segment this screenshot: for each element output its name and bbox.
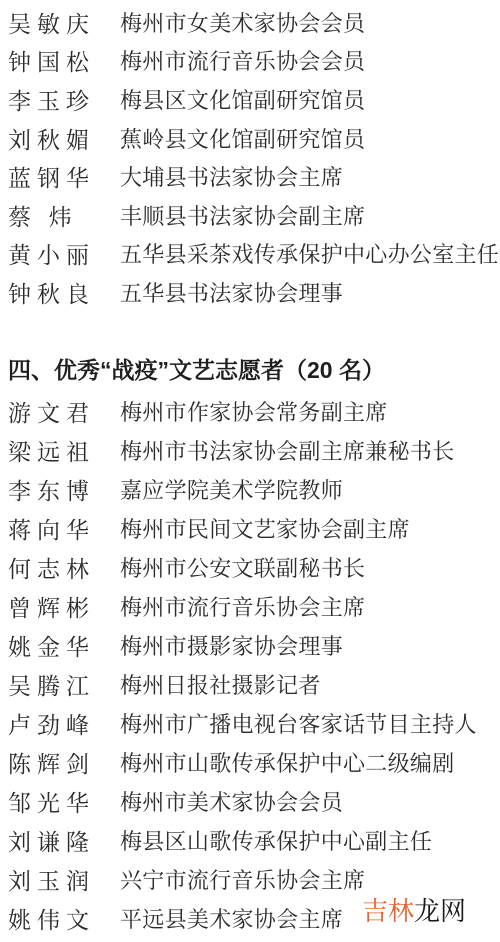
list-item: 蒋向华 梅州市民间文艺家协会副主席: [0, 509, 500, 548]
list-item: 梁远祖 梅州市书法家协会副主席兼秘书长: [0, 431, 500, 470]
person-name: 梁远祖: [8, 434, 120, 467]
list-item: 李玉珍 梅县区文化馆副研究馆员: [0, 80, 500, 119]
person-name: 蓝钢华: [8, 160, 120, 193]
person-name: 游文君: [8, 395, 120, 428]
list-item: 蓝钢华 大埔县书法家协会主席: [0, 157, 500, 196]
person-title: 蕉岭县文化馆副研究馆员: [120, 123, 365, 154]
award-list-volunteers: 游文君 梅州市作家协会常务副主席 梁远祖 梅州市书法家协会副主席兼秘书长 李东博…: [0, 389, 500, 938]
person-name: 李玉珍: [8, 83, 120, 116]
list-item: 邹光华 梅州市美术家协会会员: [0, 782, 500, 821]
person-title: 梅州市公安文联副秘书长: [120, 552, 365, 583]
person-name: 钟秋良: [8, 276, 120, 309]
person-name: 姚伟文: [8, 902, 120, 935]
person-title: 梅州市广播电视台客家话节目主持人: [120, 708, 477, 739]
person-title: 梅州市女美术家协会会员: [120, 7, 365, 38]
person-title: 兴宁市流行音乐协会主席: [120, 864, 365, 895]
list-item: 刘秋媚 蕉岭县文化馆副研究馆员: [0, 119, 500, 158]
person-title: 梅州市书法家协会副主席兼秘书长: [120, 435, 455, 466]
person-name: 钟国松: [8, 44, 120, 77]
person-title: 梅州市美术家协会会员: [120, 786, 343, 817]
person-title: 嘉应学院美术学院教师: [120, 474, 343, 505]
person-title: 梅州市流行音乐协会会员: [120, 45, 365, 76]
person-name: 曾辉彬: [8, 590, 120, 623]
person-title: 梅州市作家协会常务副主席: [120, 396, 388, 427]
person-title: 梅州市流行音乐协会主席: [120, 591, 365, 622]
list-item: 卢劲峰 梅州市广播电视台客家话节目主持人: [0, 704, 500, 743]
person-name: 卢劲峰: [8, 707, 120, 740]
list-item: 吴腾江 梅州日报社摄影记者: [0, 665, 500, 704]
watermark-part1: 吉林: [362, 896, 414, 926]
list-item: 钟国松 梅州市流行音乐协会会员: [0, 42, 500, 81]
person-title: 梅州市民间文艺家协会副主席: [120, 513, 410, 544]
person-title: 梅州市摄影家协会理事: [120, 630, 343, 661]
list-item: 李东博 嘉应学院美术学院教师: [0, 470, 500, 509]
list-item: 吴敏庆 梅州市女美术家协会会员: [0, 3, 500, 42]
watermark: 吉林龙网: [362, 891, 466, 928]
watermark-part2: 龙网: [414, 896, 466, 926]
person-name: 何志林: [8, 551, 120, 584]
person-name: 陈辉剑: [8, 746, 120, 779]
person-title: 梅县区山歌传承保护中心副主任: [120, 825, 432, 856]
person-name: 吴腾江: [8, 668, 120, 701]
document-page: 吴敏庆 梅州市女美术家协会会员 钟国松 梅州市流行音乐协会会员 李玉珍 梅县区文…: [0, 0, 500, 942]
person-title: 丰顺县书法家协会副主席: [120, 200, 365, 231]
person-name: 姚金华: [8, 629, 120, 662]
list-item: 钟秋良 五华县书法家协会理事: [0, 273, 500, 312]
section-heading: 四、优秀“战疫”文艺志愿者（20 名）: [0, 351, 500, 390]
person-name: 刘秋媚: [8, 122, 120, 155]
person-title: 五华县采茶戏传承保护中心办公室主任: [120, 238, 499, 269]
award-list-top: 吴敏庆 梅州市女美术家协会会员 钟国松 梅州市流行音乐协会会员 李玉珍 梅县区文…: [0, 0, 500, 312]
person-name: 蔡 炜: [8, 199, 120, 232]
person-name: 刘玉润: [8, 863, 120, 896]
person-name: 李东博: [8, 473, 120, 506]
person-name: 刘谦隆: [8, 824, 120, 857]
list-item: 刘谦隆 梅县区山歌传承保护中心副主任: [0, 821, 500, 860]
person-title: 五华县书法家协会理事: [120, 277, 343, 308]
person-title: 梅州日报社摄影记者: [120, 669, 321, 700]
person-name: 邹光华: [8, 785, 120, 818]
person-title: 平远县美术家协会主席: [120, 903, 343, 934]
list-item: 何志林 梅州市公安文联副秘书长: [0, 548, 500, 587]
list-item: 游文君 梅州市作家协会常务副主席: [0, 392, 500, 431]
list-item: 姚金华 梅州市摄影家协会理事: [0, 626, 500, 665]
list-item: 陈辉剑 梅州市山歌传承保护中心二级编剧: [0, 743, 500, 782]
person-name: 吴敏庆: [8, 6, 120, 39]
person-title: 大埔县书法家协会主席: [120, 161, 343, 192]
list-item: 曾辉彬 梅州市流行音乐协会主席: [0, 587, 500, 626]
person-name: 蒋向华: [8, 512, 120, 545]
person-name: 黄小丽: [8, 237, 120, 270]
list-item: 黄小丽 五华县采茶戏传承保护中心办公室主任: [0, 235, 500, 274]
person-title: 梅县区文化馆副研究馆员: [120, 84, 365, 115]
person-title: 梅州市山歌传承保护中心二级编剧: [120, 747, 455, 778]
list-item: 蔡 炜 丰顺县书法家协会副主席: [0, 196, 500, 235]
